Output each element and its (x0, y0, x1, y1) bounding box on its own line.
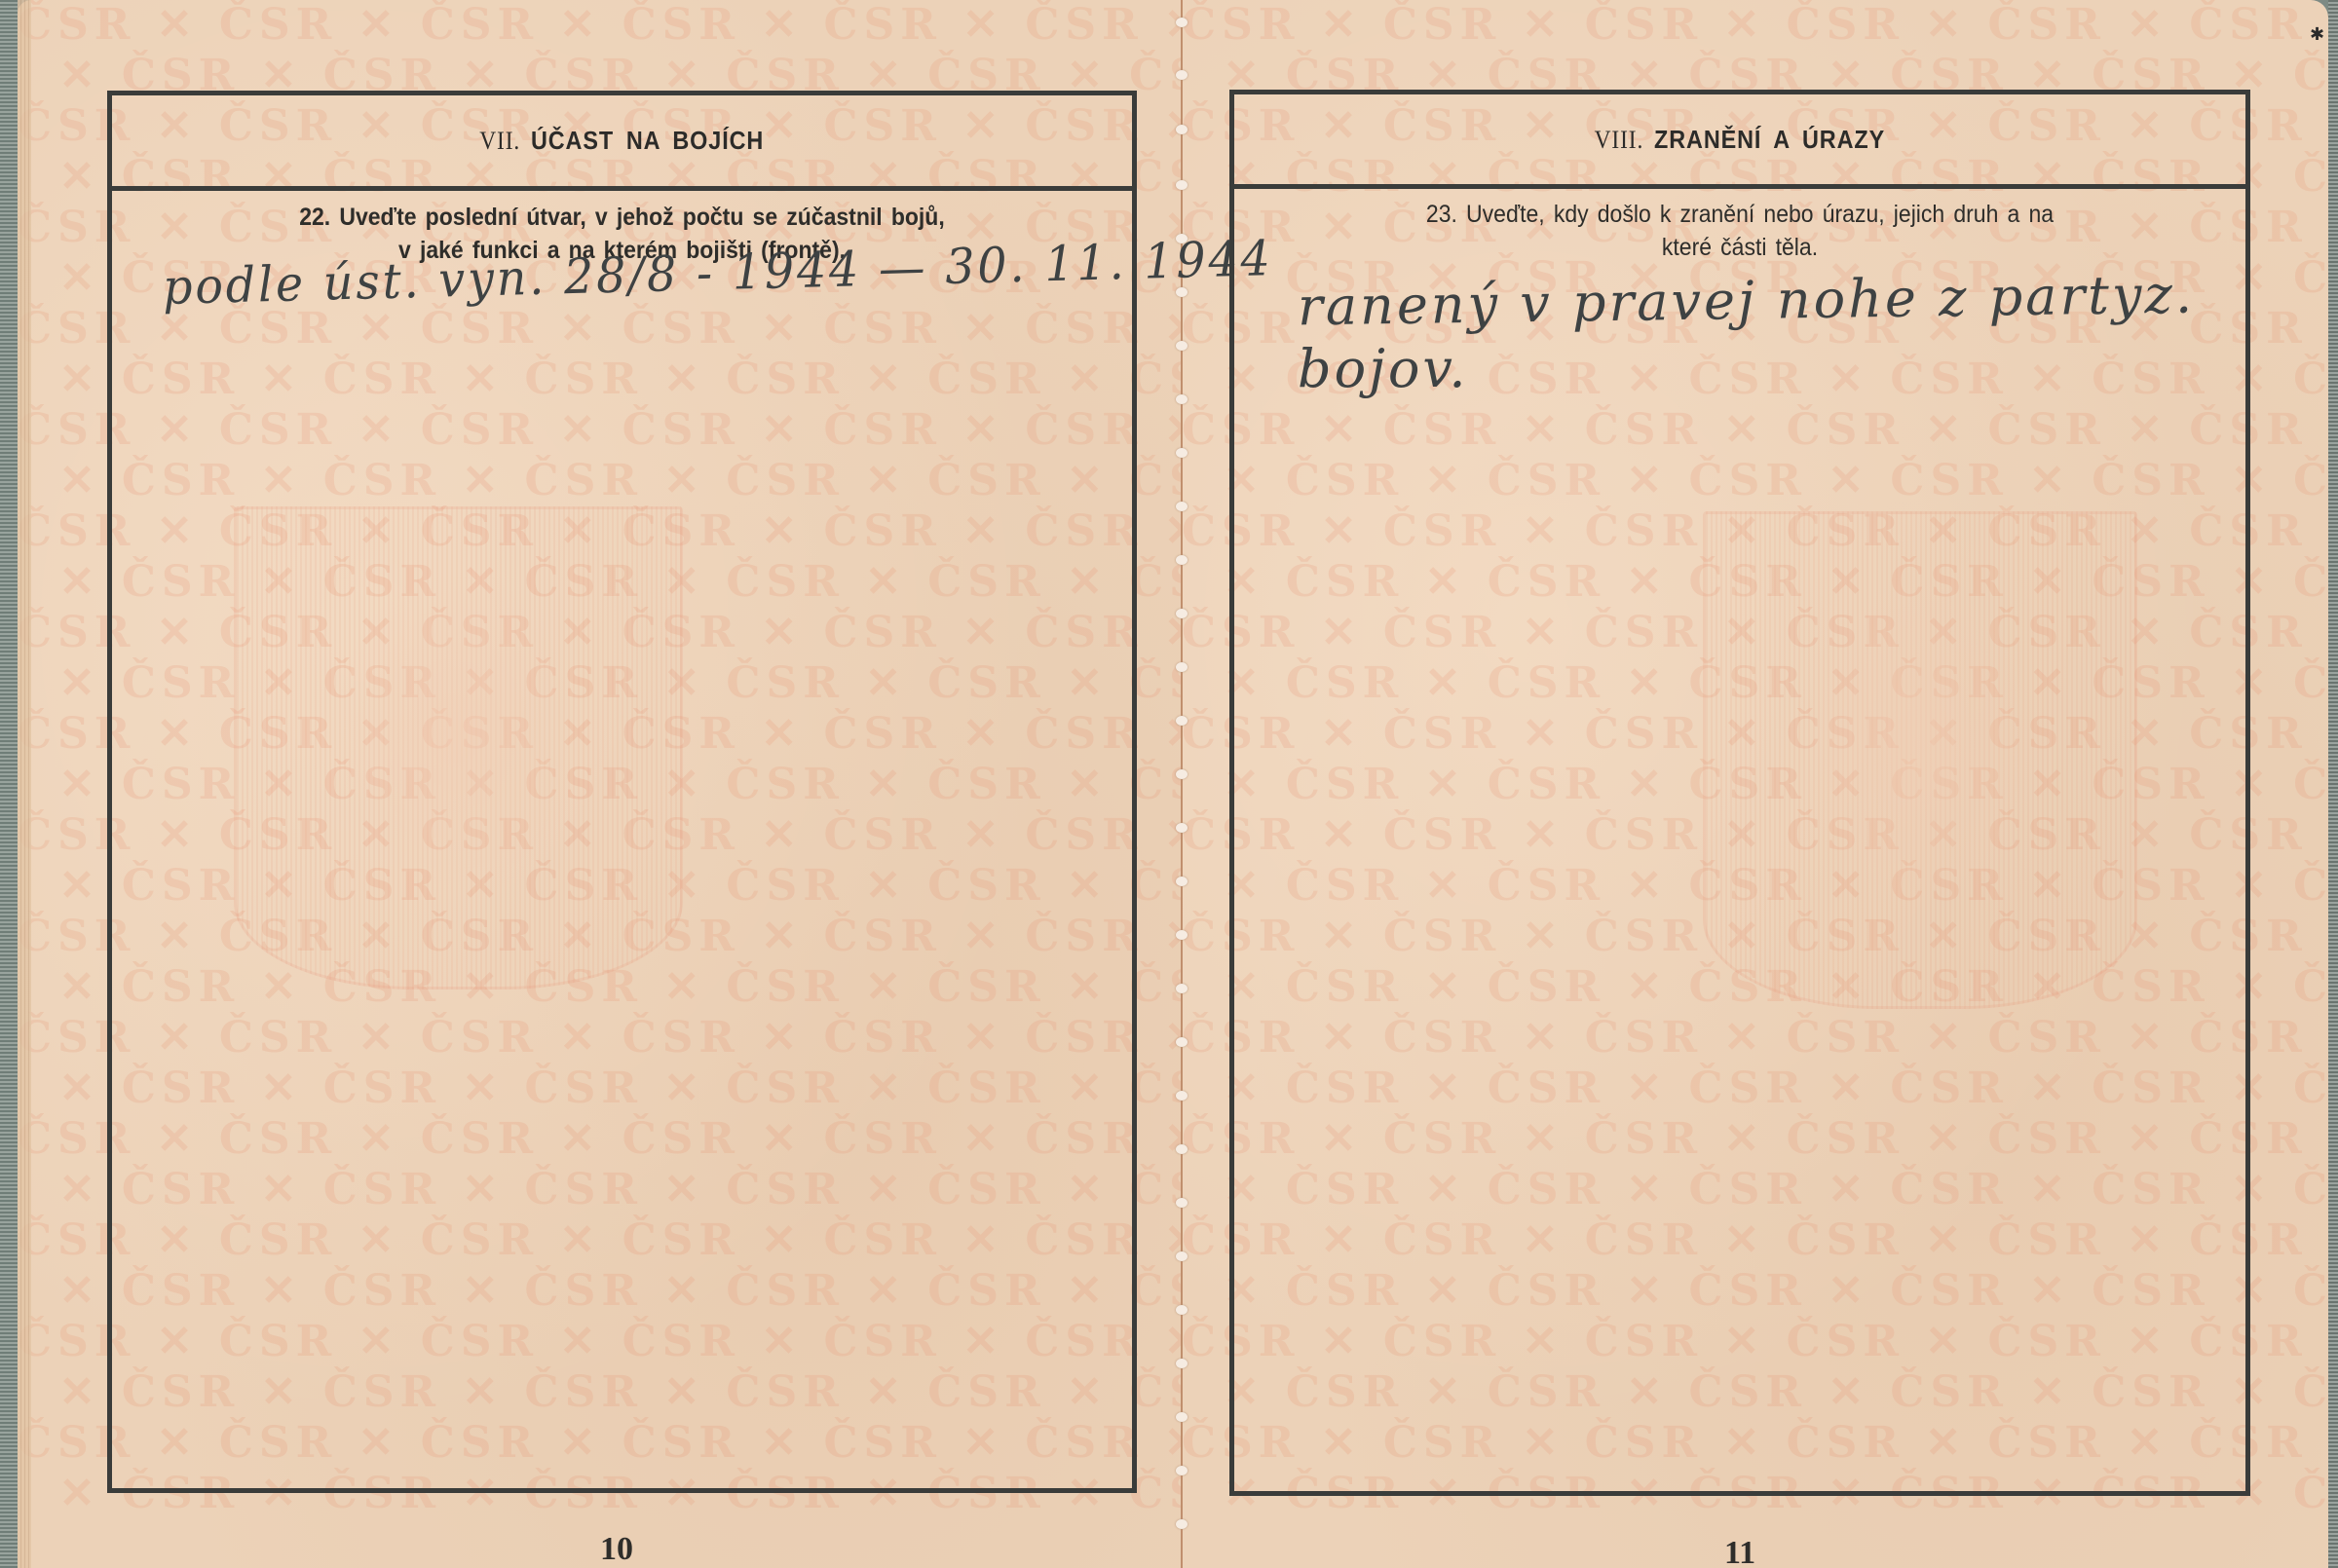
binding-stitch (1176, 502, 1188, 511)
binding-stitch (1176, 662, 1188, 672)
section-title: VII.ÚČAST NA BOJÍCH (480, 126, 765, 156)
section-number: VIII. (1595, 126, 1644, 154)
binding-stitch (1176, 1519, 1188, 1529)
section-vii-header: VII.ÚČAST NA BOJÍCH (112, 95, 1132, 191)
binding-stitch (1176, 1091, 1188, 1101)
binding-stitch (1176, 984, 1188, 993)
section-number: VII. (480, 127, 521, 155)
section-vii-box: VII.ÚČAST NA BOJÍCH 22. Uveďte poslední … (107, 91, 1137, 1493)
section-title: VIII.ZRANĚNÍ A ÚRAZY (1595, 125, 1886, 155)
question-line-1: 22. Uveďte poslední útvar, v jehož počtu… (153, 201, 1091, 234)
binding-stitch (1176, 1412, 1188, 1422)
binding-stitch (1176, 1144, 1188, 1154)
handwritten-answer-23-line-1: ranený v pravej nohe z partyz. (1298, 264, 2196, 338)
binding-stitch (1176, 448, 1188, 458)
ink-speck: ✱ (2310, 29, 2319, 39)
handwritten-answer-23-line-2: bojov. (1298, 338, 1469, 399)
binding-stitch (1176, 609, 1188, 618)
section-name: ÚČAST NA BOJÍCH (531, 126, 764, 155)
binding-stitch (1176, 1251, 1188, 1261)
question-line-2: které části těla. (1275, 231, 2206, 264)
binding-stitch (1176, 1037, 1188, 1047)
section-name: ZRANĚNÍ A ÚRAZY (1654, 125, 1885, 154)
book-cover-cloth-right (2328, 0, 2338, 1568)
page-number-left: 10 (600, 1531, 633, 1568)
section-viii-header: VIII.ZRANĚNÍ A ÚRAZY (1234, 94, 2245, 189)
binding-stitch (1176, 125, 1188, 134)
binding-stitch (1176, 555, 1188, 565)
binding-stitch (1176, 18, 1188, 27)
binding-stitch (1176, 716, 1188, 726)
question-line-1: 23. Uveďte, kdy došlo k zranění nebo úra… (1275, 198, 2206, 231)
section-viii-box: VIII.ZRANĚNÍ A ÚRAZY 23. Uveďte, kdy doš… (1229, 90, 2250, 1496)
binding-stitch (1176, 394, 1188, 404)
binding-stitch (1176, 180, 1188, 190)
book-cover-cloth-left (0, 0, 18, 1568)
binding-stitch (1176, 341, 1188, 351)
binding-stitch (1176, 1198, 1188, 1208)
binding-stitch (1176, 1466, 1188, 1475)
binding-stitch (1176, 823, 1188, 833)
binding-stitch (1176, 930, 1188, 940)
binding-stitch (1176, 1359, 1188, 1368)
page-edges (18, 0, 31, 1568)
binding-stitch (1176, 70, 1188, 80)
binding-stitch (1176, 877, 1188, 886)
page-number-right: 11 (1724, 1535, 1755, 1568)
binding-stitch (1176, 1305, 1188, 1315)
question-23: 23. Uveďte, kdy došlo k zranění nebo úra… (1275, 198, 2206, 264)
binding-stitch (1176, 769, 1188, 779)
